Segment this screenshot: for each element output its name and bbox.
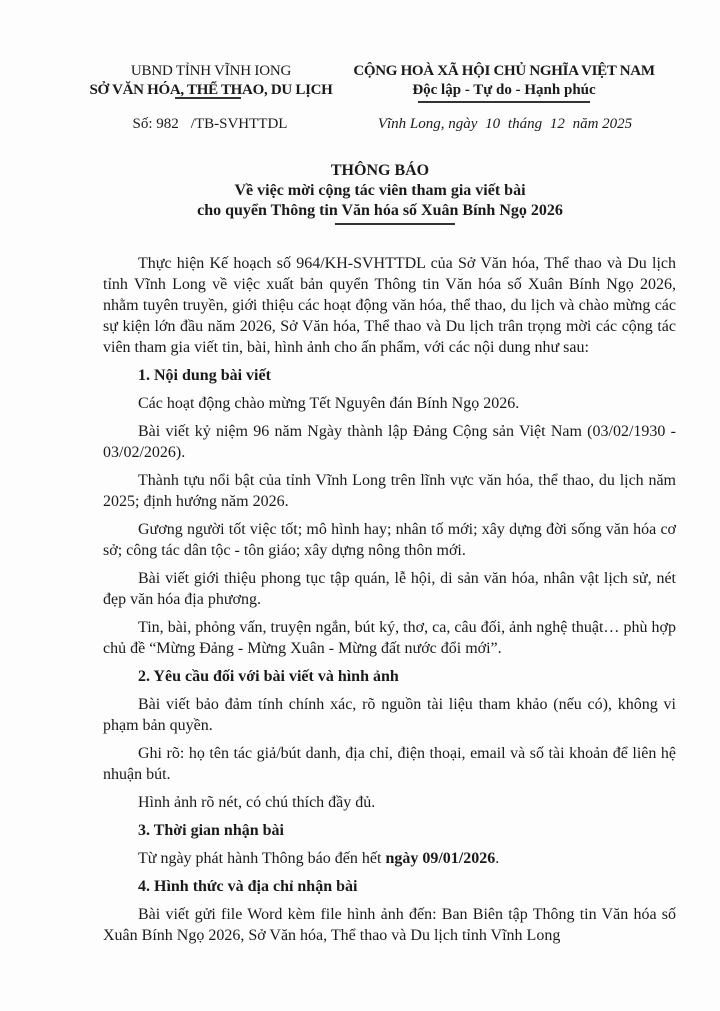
section-heading-submission: 4. Hình thức và địa chỉ nhận bài <box>103 876 676 897</box>
parent-agency: UBND TỈNH VĨNH IONG <box>82 62 340 81</box>
deadline-paragraph: Từ ngày phát hành Thông báo đến hết ngày… <box>103 848 676 869</box>
document-type: THÔNG BÁO <box>80 161 680 181</box>
content-item: Thành tựu nổi bật của tỉnh Vĩnh Long trê… <box>103 470 676 512</box>
section-heading-content: 1. Nội dung bài viết <box>103 365 676 386</box>
month-label: tháng <box>508 116 542 132</box>
content-item: Gương người tốt việc tốt; mô hình hay; n… <box>103 519 676 561</box>
intro-paragraph: Thực hiện Kế hoạch số 964/KH-SVHTTDL của… <box>103 253 676 358</box>
deadline-suffix: . <box>495 850 499 867</box>
document-title-block: THÔNG BÁO Về việc mời cộng tác viên tham… <box>80 161 680 225</box>
document-subject-line1: Về việc mời cộng tác viên tham gia viết … <box>80 181 680 201</box>
document-subject-line2: cho quyển Thông tin Văn hóa số Xuân Bính… <box>80 201 680 221</box>
section-heading-requirements: 2. Yêu cầu đối với bài viết và hình ảnh <box>103 666 676 687</box>
place: Vĩnh Long, ngày <box>378 116 478 132</box>
requirement-item: Hình ảnh rõ nét, có chú thích đầy đủ. <box>103 792 676 813</box>
title-underline <box>335 223 455 225</box>
document-body: Thực hiện Kế hoạch số 964/KH-SVHTTDL của… <box>103 253 676 953</box>
content-item: Tin, bài, phỏng vấn, truyện ngắn, bút ký… <box>103 617 676 659</box>
deadline-date: ngày 09/01/2026 <box>385 850 495 867</box>
reference-suffix: /TB-SVHTTDL <box>191 116 288 132</box>
content-item: Các hoạt động chào mừng Tết Nguyên đán B… <box>103 393 676 414</box>
motto-underline <box>418 101 590 103</box>
national-motto-block: CỘNG HOÀ XÃ HỘI CHỦ NGHĨA VIỆT NAM Độc l… <box>350 62 658 103</box>
reference-number: Số: 982/TB-SVHTTDL <box>80 116 340 133</box>
reference-prefix: Số: 982 <box>133 116 179 132</box>
submission-paragraph: Bài viết gửi file Word kèm file hình ảnh… <box>103 904 676 946</box>
requirement-item: Ghi rõ: họ tên tác giả/bút danh, địa chỉ… <box>103 743 676 785</box>
section-heading-deadline: 3. Thời gian nhận bài <box>103 820 676 841</box>
month: 12 <box>546 116 569 133</box>
day: 10 <box>481 116 504 133</box>
place-date: Vĩnh Long, ngày 10 tháng 12 năm 2025 <box>350 116 660 133</box>
year: năm 2025 <box>573 116 633 132</box>
motto: Độc lập - Tự do - Hạnh phúc <box>350 81 658 100</box>
document-page: UBND TỈNH VĨNH IONG SỞ VĂN HÓA, THỂ THAO… <box>0 0 720 1011</box>
department-underline <box>175 97 241 99</box>
deadline-prefix: Từ ngày phát hành Thông báo đến hết <box>138 850 381 867</box>
issuing-agency-block: UBND TỈNH VĨNH IONG SỞ VĂN HÓA, THỂ THAO… <box>82 62 340 102</box>
content-item: Bài viết kỷ niệm 96 năm Ngày thành lập Đ… <box>103 421 676 463</box>
content-item: Bài viết giới thiệu phong tục tập quán, … <box>103 568 676 610</box>
requirement-item: Bài viết bảo đảm tính chính xác, rõ nguồ… <box>103 694 676 736</box>
nation-name: CỘNG HOÀ XÃ HỘI CHỦ NGHĨA VIỆT NAM <box>350 62 658 81</box>
